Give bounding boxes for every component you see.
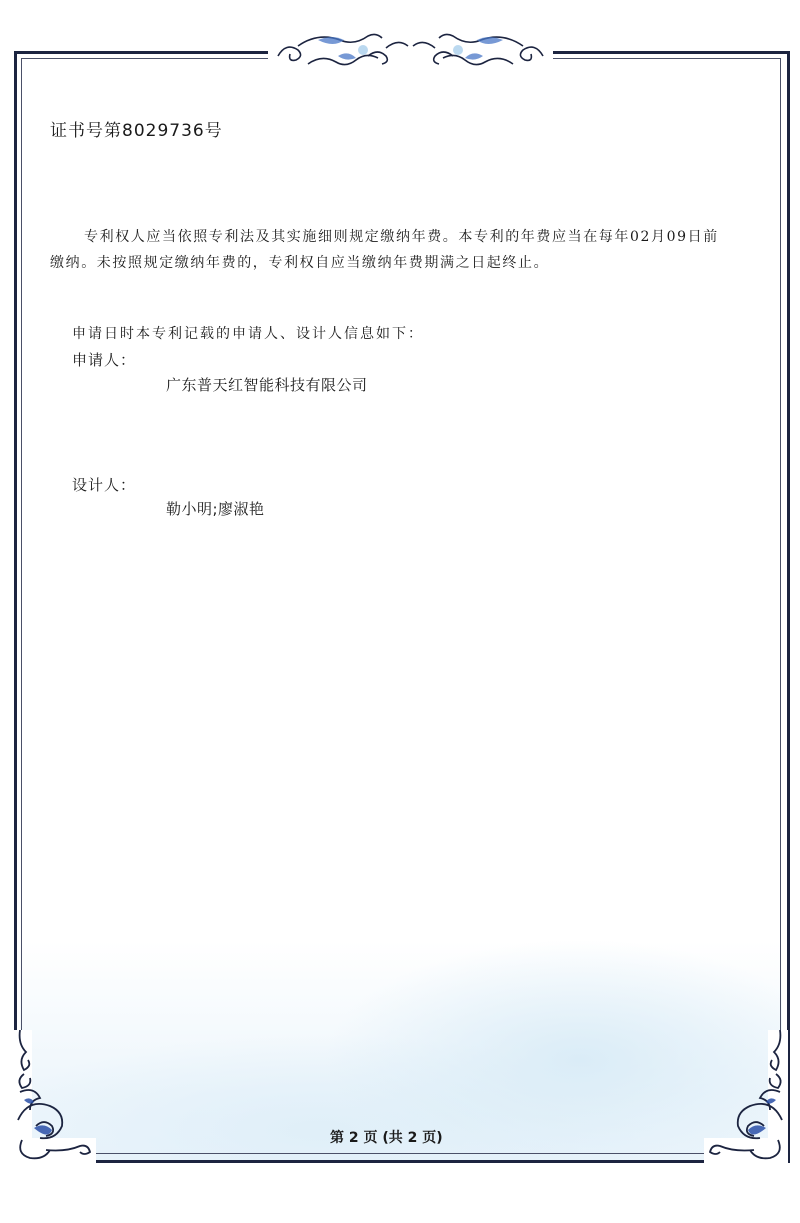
page-indicator: 第 2 页 (共 2 页) [330, 1127, 443, 1147]
designer-label: 设计人： [72, 474, 136, 495]
dragon-ornament-icon [268, 26, 553, 72]
certificate-page: 证书号第8029736号 专利权人应当依照专利法及其实施细则规定缴纳年费。本专利… [0, 0, 800, 1223]
annual-fee-notice: 专利权人应当依照专利法及其实施细则规定缴纳年费。本专利的年费应当在每年02月09… [50, 224, 760, 276]
floral-corner-ornament-icon [6, 1030, 96, 1170]
applicant-name: 广东普天红智能科技有限公司 [166, 374, 368, 395]
applicant-label: 申请人： [72, 349, 136, 370]
certificate-number: 证书号第8029736号 [50, 116, 223, 141]
record-intro: 申请日时本专利记载的申请人、设计人信息如下： [72, 323, 424, 343]
floral-corner-ornament-icon [704, 1030, 794, 1170]
notice-line-2: 缴纳。未按照规定缴纳年费的，专利权自应当缴纳年费期满之日起终止。 [50, 255, 549, 271]
notice-line-1: 专利权人应当依照专利法及其实施细则规定缴纳年费。本专利的年费应当在每年02月09… [84, 229, 719, 245]
border-frame-inner [21, 58, 781, 1154]
designer-names: 勒小明;廖淑艳 [166, 498, 265, 519]
